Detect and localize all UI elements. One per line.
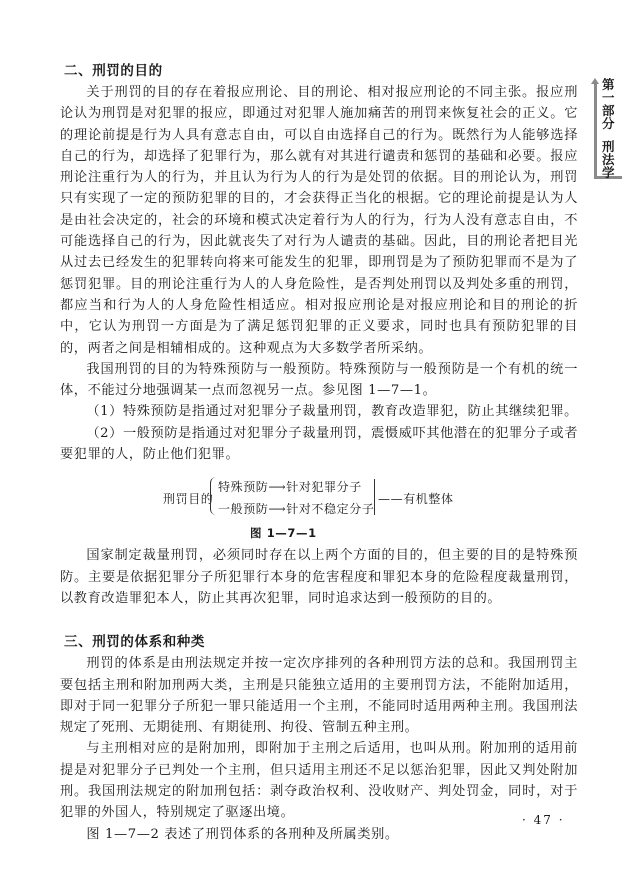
paragraph: 刑罚的体系是由刑法规定并按一定次序排列的各种刑罚方法的总和。我国刑罚主要包括主刑… [60,653,578,738]
left-brace [210,477,217,515]
right-bracket [368,479,375,515]
side-part-char: 分 [602,117,616,130]
paragraph: 图 1—7—2 表述了刑罚体系的各刑种及所属类别。 [60,824,578,845]
arrow-icon: ⟶ [268,502,286,516]
arrow-icon: ⟶ [268,480,286,494]
paragraph: （1）特殊预防是指通过对犯罪分子裁量刑罚，教育改造罪犯，防止其继续犯罪。 [60,401,578,422]
page-content: 二、刑罚的目的 关于刑罚的目的存在着报应刑论、目的刑论、相对报应刑论的不同主张。… [60,60,578,845]
side-rule [594,82,597,178]
section-heading-purpose: 二、刑罚的目的 [64,60,578,82]
section-heading-system: 三、刑罚的体系和种类 [64,631,578,653]
figure-1-7-1: 刑罚目的 特殊预防⟶针对犯罪分子 一般预防⟶针对不稳定分子 ——有机整体 图 1… [60,477,578,545]
side-subject-char: 学 [602,166,616,179]
page-number: · 47 · [522,813,565,827]
paragraph: （2）一般预防是指通过对犯罪分子裁量刑罚，震慑威吓其他潜在的犯罪分子或者要犯罪的… [60,423,578,466]
diagram-whole-label: ——有机整体 [378,489,454,510]
diagram-branch: 特殊预防⟶针对犯罪分子 [218,477,362,498]
book-page: 第 一 部 分 刑 法 学 二、刑罚的目的 关于刑罚的目的存在着报应刑论、目的刑… [0,0,640,876]
paragraph: 关于刑罚的目的存在着报应刑论、目的刑论、相对报应刑论的不同主张。报应刑论认为刑罚… [60,82,578,359]
side-tab-text: 第 一 部 分 刑 法 学 [602,78,616,179]
paragraph: 国家制定裁量刑罚，必须同时存在以上两个方面的目的，但主要的目的是特殊预防。主要是… [60,545,578,609]
figure-caption: 图 1—7—1 [250,523,317,544]
chapter-side-tab: 第 一 部 分 刑 法 学 [592,78,622,176]
paragraph: 我国刑罚的目的为特殊预防与一般预防。特殊预防与一般预防是一个有机的统一体，不能过… [60,359,578,402]
diagram-branch: 一般预防⟶针对不稳定分子 [218,499,374,520]
diagram-root: 刑罚目的 [163,489,213,510]
paragraph: 与主刑相对应的是附加刑，即附加于主刑之后适用，也叫从刑。附加刑的适用前提是对犯罪… [60,738,578,823]
